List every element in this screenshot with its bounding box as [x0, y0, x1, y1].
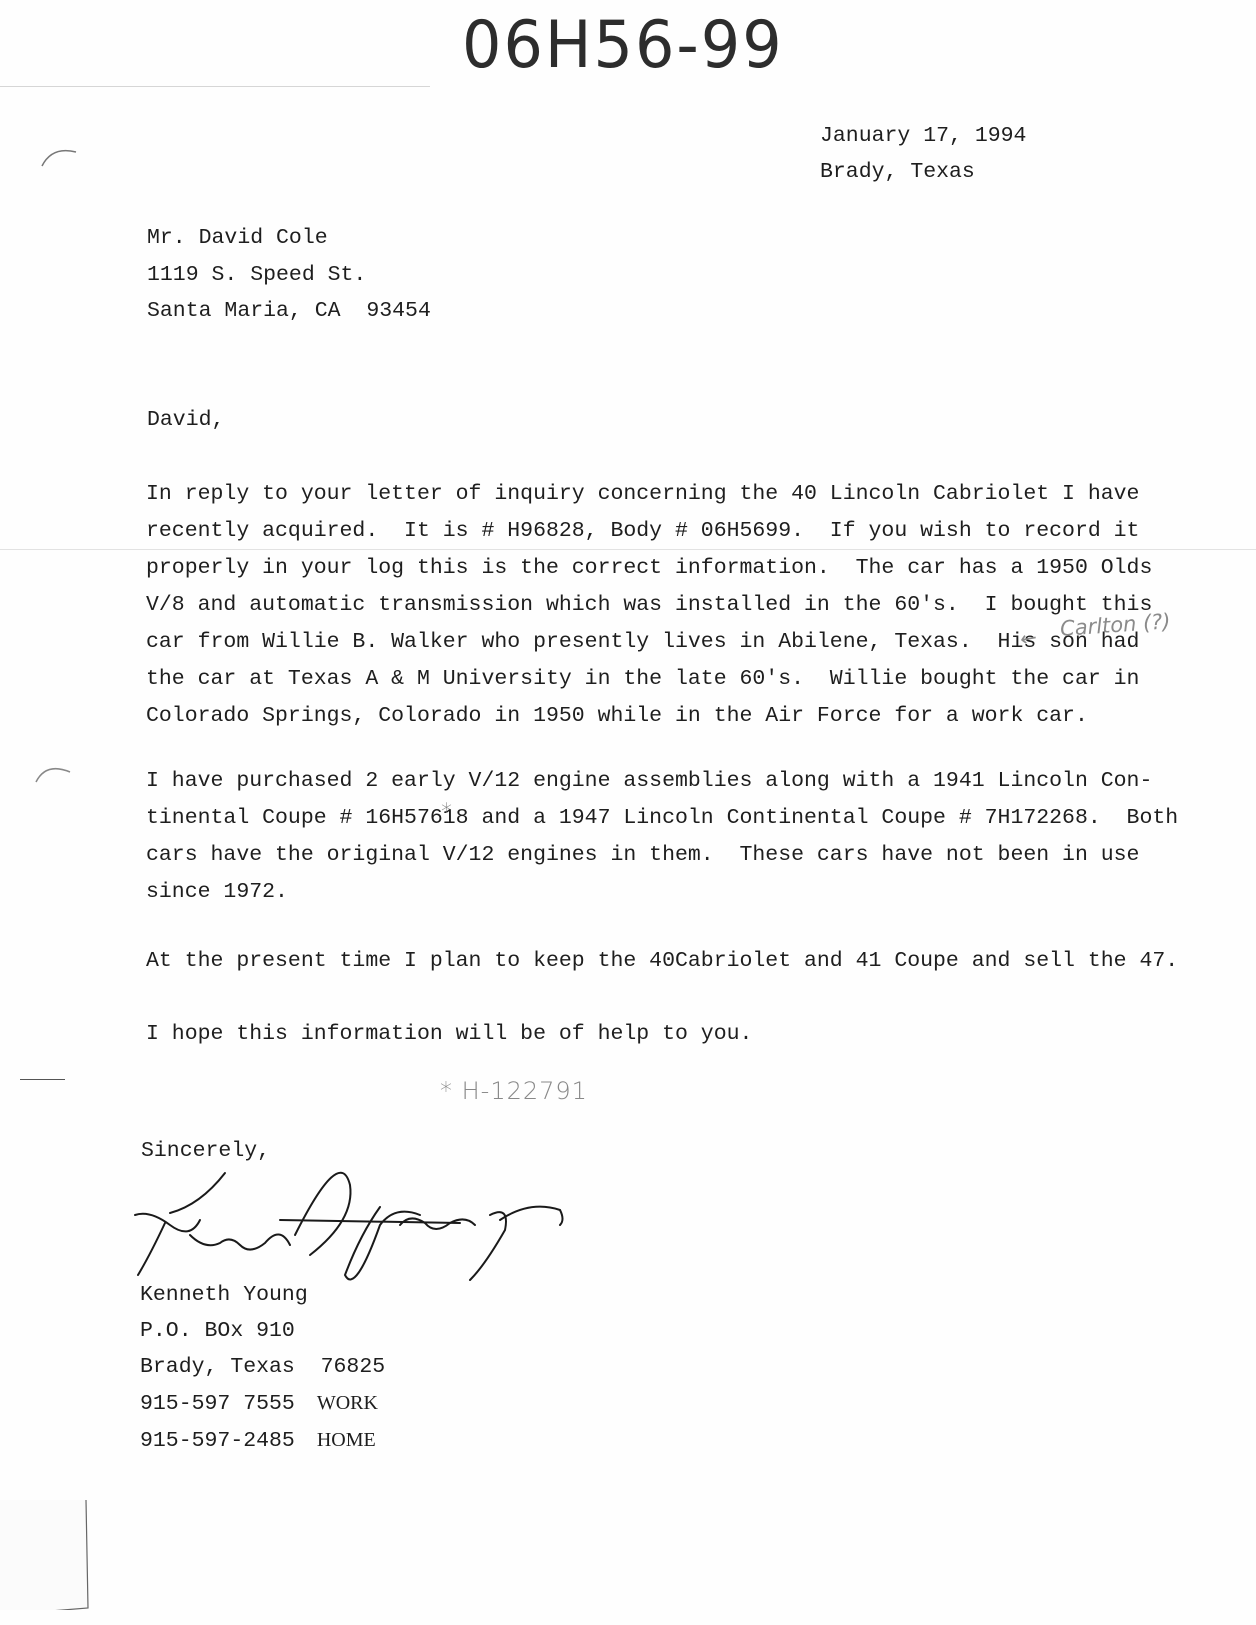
paragraph-line: Colorado Springs, Colorado in 1950 while… — [146, 706, 1152, 728]
sender-phone-home: 915-597-2485HOME — [140, 1430, 385, 1453]
salutation: David, — [147, 408, 224, 432]
paper-crease-top — [0, 86, 430, 87]
sender-po-box: P.O. BOx 910 — [140, 1321, 385, 1343]
paragraph-2: I have purchased 2 early V/12 engine ass… — [146, 771, 1178, 919]
paragraph-1: In reply to your letter of inquiry conce… — [146, 484, 1152, 743]
folded-corner — [0, 1500, 90, 1610]
handwritten-asterisk-icon: * — [441, 800, 452, 825]
sender-city: Brady, Texas 76825 — [140, 1357, 385, 1379]
recipient-street: 1119 S. Speed St. — [147, 265, 431, 287]
paragraph-line: properly in your log this is the correct… — [146, 558, 1152, 580]
handwritten-reference-number: 06H56-99 — [462, 6, 784, 83]
paragraph-line: the car at Texas A & M University in the… — [146, 669, 1152, 691]
paragraph-line: In reply to your letter of inquiry conce… — [146, 484, 1152, 506]
paragraph-line: since 1972. — [146, 882, 1178, 904]
sender-block: Kenneth Young P.O. BOx 910 Brady, Texas … — [140, 1285, 385, 1467]
letter-page: 06H56-99 January 17, 1994 Brady, Texas M… — [0, 0, 1256, 1625]
punch-hole-mark-top — [38, 142, 83, 172]
date-block: January 17, 1994 Brady, Texas — [820, 126, 1026, 197]
phone-number: 915-597 7555 — [140, 1392, 295, 1416]
letter-date: January 17, 1994 — [820, 126, 1026, 148]
paragraph-line: cars have the original V/12 engines in t… — [146, 845, 1178, 867]
paragraph-line: I have purchased 2 early V/12 engine ass… — [146, 771, 1178, 793]
paragraph-3: At the present time I plan to keep the 4… — [146, 951, 1178, 988]
paragraph-line: I hope this information will be of help … — [146, 1024, 752, 1046]
punch-hole-mark-middle — [32, 758, 77, 788]
paragraph-line: car from Willie B. Walker who presently … — [146, 632, 1152, 654]
letter-place: Brady, Texas — [820, 162, 1026, 184]
paragraph-4: I hope this information will be of help … — [146, 1024, 752, 1061]
phone-label: HOME — [317, 1430, 376, 1450]
signature-icon — [130, 1165, 580, 1290]
recipient-address: Mr. David Cole 1119 S. Speed St. Santa M… — [147, 228, 431, 338]
paragraph-line: V/8 and automatic transmission which was… — [146, 595, 1152, 617]
sender-phone-work: 915-597 7555WORK — [140, 1393, 385, 1416]
margin-dash — [20, 1079, 65, 1080]
recipient-name: Mr. David Cole — [147, 228, 431, 250]
sender-name: Kenneth Young — [140, 1285, 385, 1307]
recipient-city: Santa Maria, CA 93454 — [147, 301, 431, 323]
phone-number: 915-597-2485 — [140, 1429, 295, 1453]
paragraph-line: recently acquired. It is # H96828, Body … — [146, 521, 1152, 543]
paragraph-line: tinental Coupe # 16H57618 and a 1947 Lin… — [146, 808, 1178, 830]
closing: Sincerely, — [141, 1139, 270, 1163]
handwritten-footnote: * H-122791 — [440, 1077, 588, 1105]
paragraph-line: At the present time I plan to keep the 4… — [146, 951, 1178, 973]
phone-label: WORK — [317, 1393, 378, 1413]
